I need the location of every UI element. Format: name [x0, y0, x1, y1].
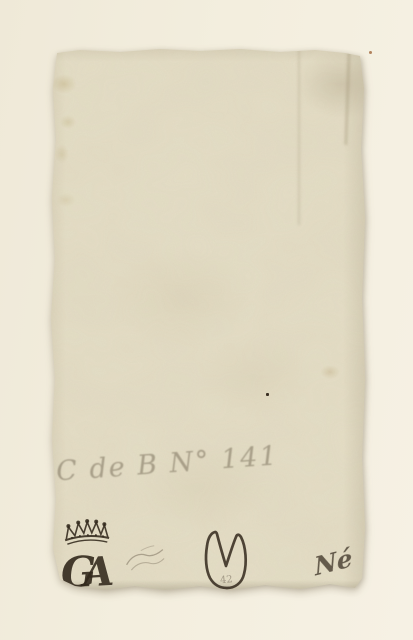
scan-of-drawing-verso: C de B N° 141 G A — [0, 0, 413, 640]
ink-speck — [266, 393, 269, 396]
paper-texture — [50, 48, 365, 591]
mat-speck — [369, 51, 372, 54]
paper-sheet: C de B N° 141 G A — [50, 48, 365, 591]
pencil-inscription: C de B N° 141 — [55, 440, 297, 488]
monogram-letter-a: A — [78, 548, 115, 596]
pencil-paraph: Né — [313, 543, 354, 582]
paper-stain-streak — [344, 50, 350, 145]
collector-monogram-stamp: G A — [56, 516, 124, 595]
paper-fold-line — [298, 50, 300, 225]
pencil-scribble — [120, 539, 172, 579]
paper-sheet-wrapper: C de B N° 141 G A — [50, 48, 365, 591]
u-shaped-collector-stamp: 42 — [202, 530, 254, 592]
stamp-number: 42 — [219, 574, 233, 586]
